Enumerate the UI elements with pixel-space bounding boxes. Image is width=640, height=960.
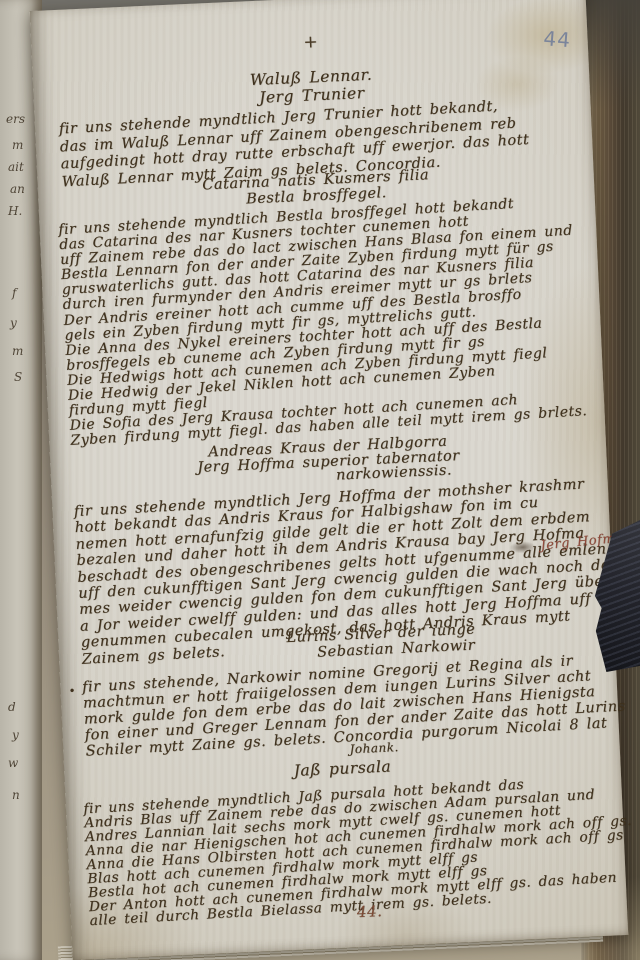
facing-page-text-fragment: m — [12, 138, 23, 152]
page-rotation-wrap: + 44 Waluß Lennar. Jerg Trunier fir uns … — [30, 0, 629, 960]
entry-lurins-subscript: Johank. — [349, 740, 399, 756]
facing-page-text-fragment: d — [8, 700, 16, 714]
facing-page-text-fragment: f — [12, 286, 16, 300]
facing-page-text-fragment: y — [12, 728, 19, 742]
facing-page-text-fragment: ait — [8, 160, 24, 174]
facing-page-text-fragment: H. — [8, 204, 22, 218]
facing-page-text-fragment: m — [12, 344, 23, 358]
facing-page-text-fragment: n — [12, 788, 20, 802]
manuscript-line: Johank. — [349, 740, 399, 756]
entry-catarina-text: fir uns stehende myndtlich Bestla brosff… — [58, 193, 588, 449]
manuscript-page: + 44 Waluß Lennar. Jerg Trunier fir uns … — [30, 0, 629, 960]
facing-page-text-fragment: w — [8, 756, 18, 770]
facing-page-text-fragment: ers — [6, 112, 25, 126]
folio-number-bottom: 44. — [357, 902, 383, 921]
facing-page-text-fragment: y — [10, 316, 17, 330]
facing-page-text-fragment: S — [14, 370, 22, 384]
margin-bullet: • — [68, 684, 76, 698]
cross-mark: + — [303, 32, 319, 53]
folio-number-top: 44 — [543, 26, 572, 52]
manuscript-photo: ers m ait an H. f y m S d y w n + 44 Wal… — [0, 0, 640, 960]
facing-page-text-fragment: an — [10, 182, 25, 196]
